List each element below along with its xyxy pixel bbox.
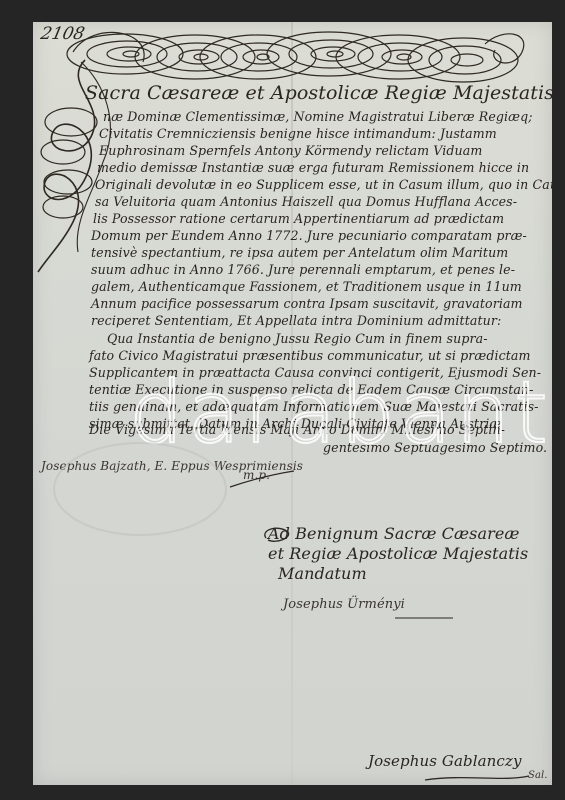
body-line: Domum per Eundem Anno 1772. Jure pecunia… [91, 228, 527, 243]
resolution-line: Qua Instantia de benigno Jussu Regio Cum… [107, 331, 488, 346]
resolution-line: tiis genuinam, et adæquatam Informatione… [89, 399, 539, 414]
body-line: næ Dominæ Clementissimæ, Nomine Magistra… [103, 109, 533, 124]
resolution-line: tentiæ Executione in suspenso relicta de… [89, 382, 534, 397]
body-line: Annum pacifice possessarum contra Ipsam … [91, 296, 523, 311]
paraph-stroke-icon [228, 467, 298, 489]
signature-underline-icon [393, 612, 463, 624]
photo-backdrop: 2108 Sacra Cæsareæ et Apostolicæ Regiæ M… [0, 0, 565, 800]
body-line: Civitatis Cremnicziensis benigne hisce i… [99, 126, 497, 141]
body-line: suum adhuc in Anno 1766. Jure perennali … [91, 262, 515, 277]
resolution-line: gentesimo Septuagesimo Septimo. [323, 440, 547, 455]
body-line: Euphrosinam Spernfels Antony Körmendy re… [99, 143, 482, 158]
resolution-line: Die Vigesima Tertia Mensis Maji Anno Dom… [89, 422, 505, 437]
document-title-line: Sacra Cæsareæ et Apostolicæ Regiæ Majest… [85, 82, 552, 104]
manuscript-page: 2108 Sacra Cæsareæ et Apostolicæ Regiæ M… [33, 22, 552, 785]
resolution-line: fato Civico Magistratui præsentibus comm… [89, 348, 531, 363]
body-line: lis Possessor ratione certarum Appertine… [93, 211, 504, 226]
mandate-flourish-icon [258, 522, 298, 552]
body-line: sa Veluitoria quam Antonius Haiszell qua… [95, 194, 517, 209]
mandate-line: Mandatum [278, 564, 367, 583]
mandate-line: Ad Benignum Sacræ Cæsareæ [268, 524, 520, 543]
final-signature-underline-icon [423, 770, 533, 785]
body-line: galem, Authenticamque Fassionem, et Trad… [91, 279, 522, 294]
body-line: Originali devolutæ in eo Supplicem esse,… [95, 177, 552, 192]
catalog-number: 2108 [39, 24, 87, 44]
body-line: medio demissæ Instantiæ suæ erga futuram… [97, 160, 529, 175]
final-signature: Josephus Gablanczy [368, 752, 522, 770]
resolution-line: Supplicantem in præattacta Causa convinc… [89, 365, 541, 380]
second-signature: Josephus Ürményi [283, 597, 405, 612]
body-line: reciperet Sententiam, Et Appellata intra… [91, 313, 501, 328]
mandate-line: et Regiæ Apostolicæ Majestatis [268, 544, 528, 563]
body-line: tensivè spectantium, re ipsa autem per A… [91, 245, 508, 260]
